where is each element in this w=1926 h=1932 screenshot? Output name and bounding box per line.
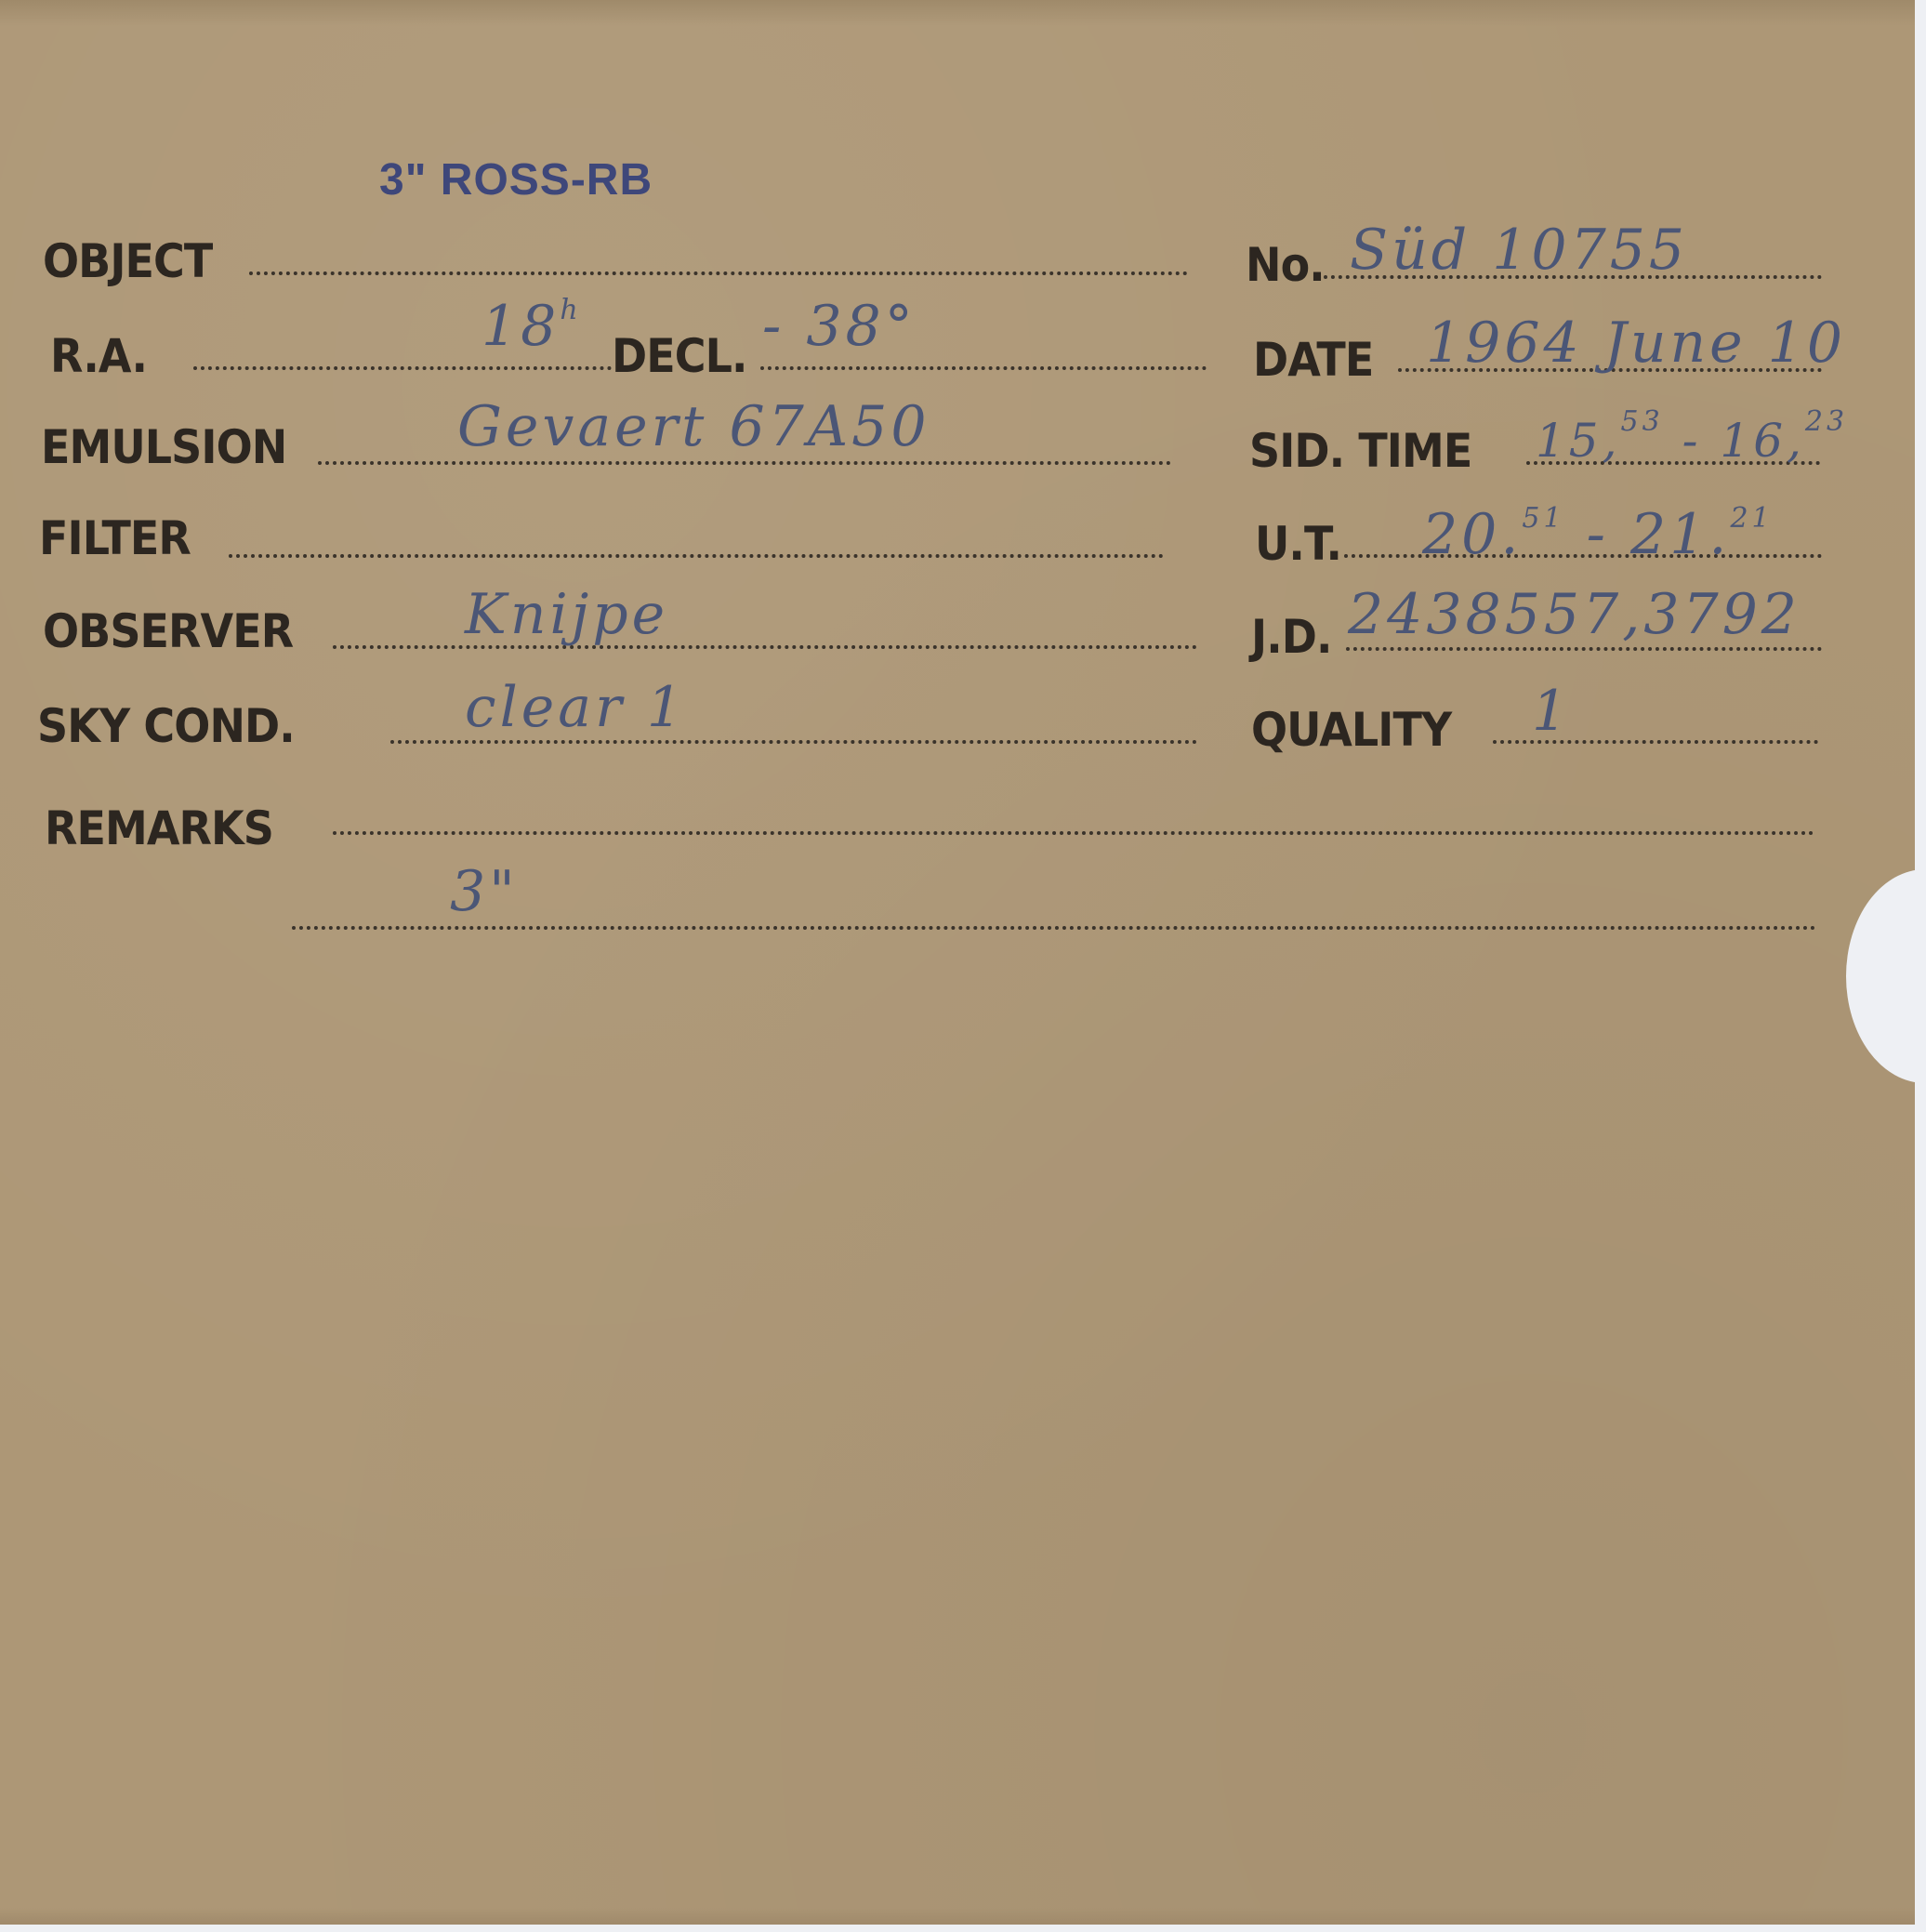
ra-label: R.A. [50,329,147,383]
quality-label: QUALITY [1251,703,1451,757]
remarks-label: REMARKS [45,801,273,855]
remarks-value: 3" [450,859,519,924]
ra-field-line [193,366,612,370]
quality-value: 1 [1532,679,1571,744]
observer-value: Knijpe [465,582,668,647]
decl-value: - 38° [762,294,917,359]
emulsion-field-line [318,461,1171,465]
number-label: No. [1246,238,1325,292]
ut-label: U.T. [1255,517,1341,571]
sid-time-label: SID. TIME [1249,424,1471,478]
date-label: DATE [1253,333,1373,387]
object-label: OBJECT [43,234,212,288]
sky-cond-label: SKY COND. [37,699,295,753]
plate-envelope: 3" ROSS-RB OBJECT R.A. 18h DECL. - 38° E… [0,0,1915,1925]
observer-field-line [333,645,1197,649]
remarks-field-line-1 [333,831,1814,835]
sid-time-value: 15,53 - 16,23 [1536,405,1848,468]
emulsion-label: EMULSION [41,420,286,474]
observer-label: OBSERVER [43,604,293,658]
jd-value: 2438557,3792 [1348,582,1801,647]
object-field-line [249,271,1188,275]
jd-field-line [1346,647,1822,651]
jd-label: J.D. [1251,610,1332,664]
decl-label: DECL. [612,329,747,383]
remarks-field-line-2 [292,926,1816,930]
filter-label: FILTER [39,511,191,565]
number-value: Süd 10755 [1350,218,1688,283]
sky-cond-field-line [390,740,1197,744]
sky-cond-value: clear 1 [465,675,686,740]
ra-value: 18h [481,294,582,359]
ut-value: 20.51 - 21.21 [1422,502,1774,567]
telescope-stamp: 3" ROSS-RB [379,154,653,205]
date-value: 1964 June 10 [1426,311,1846,376]
filter-field-line [229,554,1164,558]
emulsion-value: Gevaert 67A50 [457,394,930,459]
decl-field-line [760,366,1207,370]
